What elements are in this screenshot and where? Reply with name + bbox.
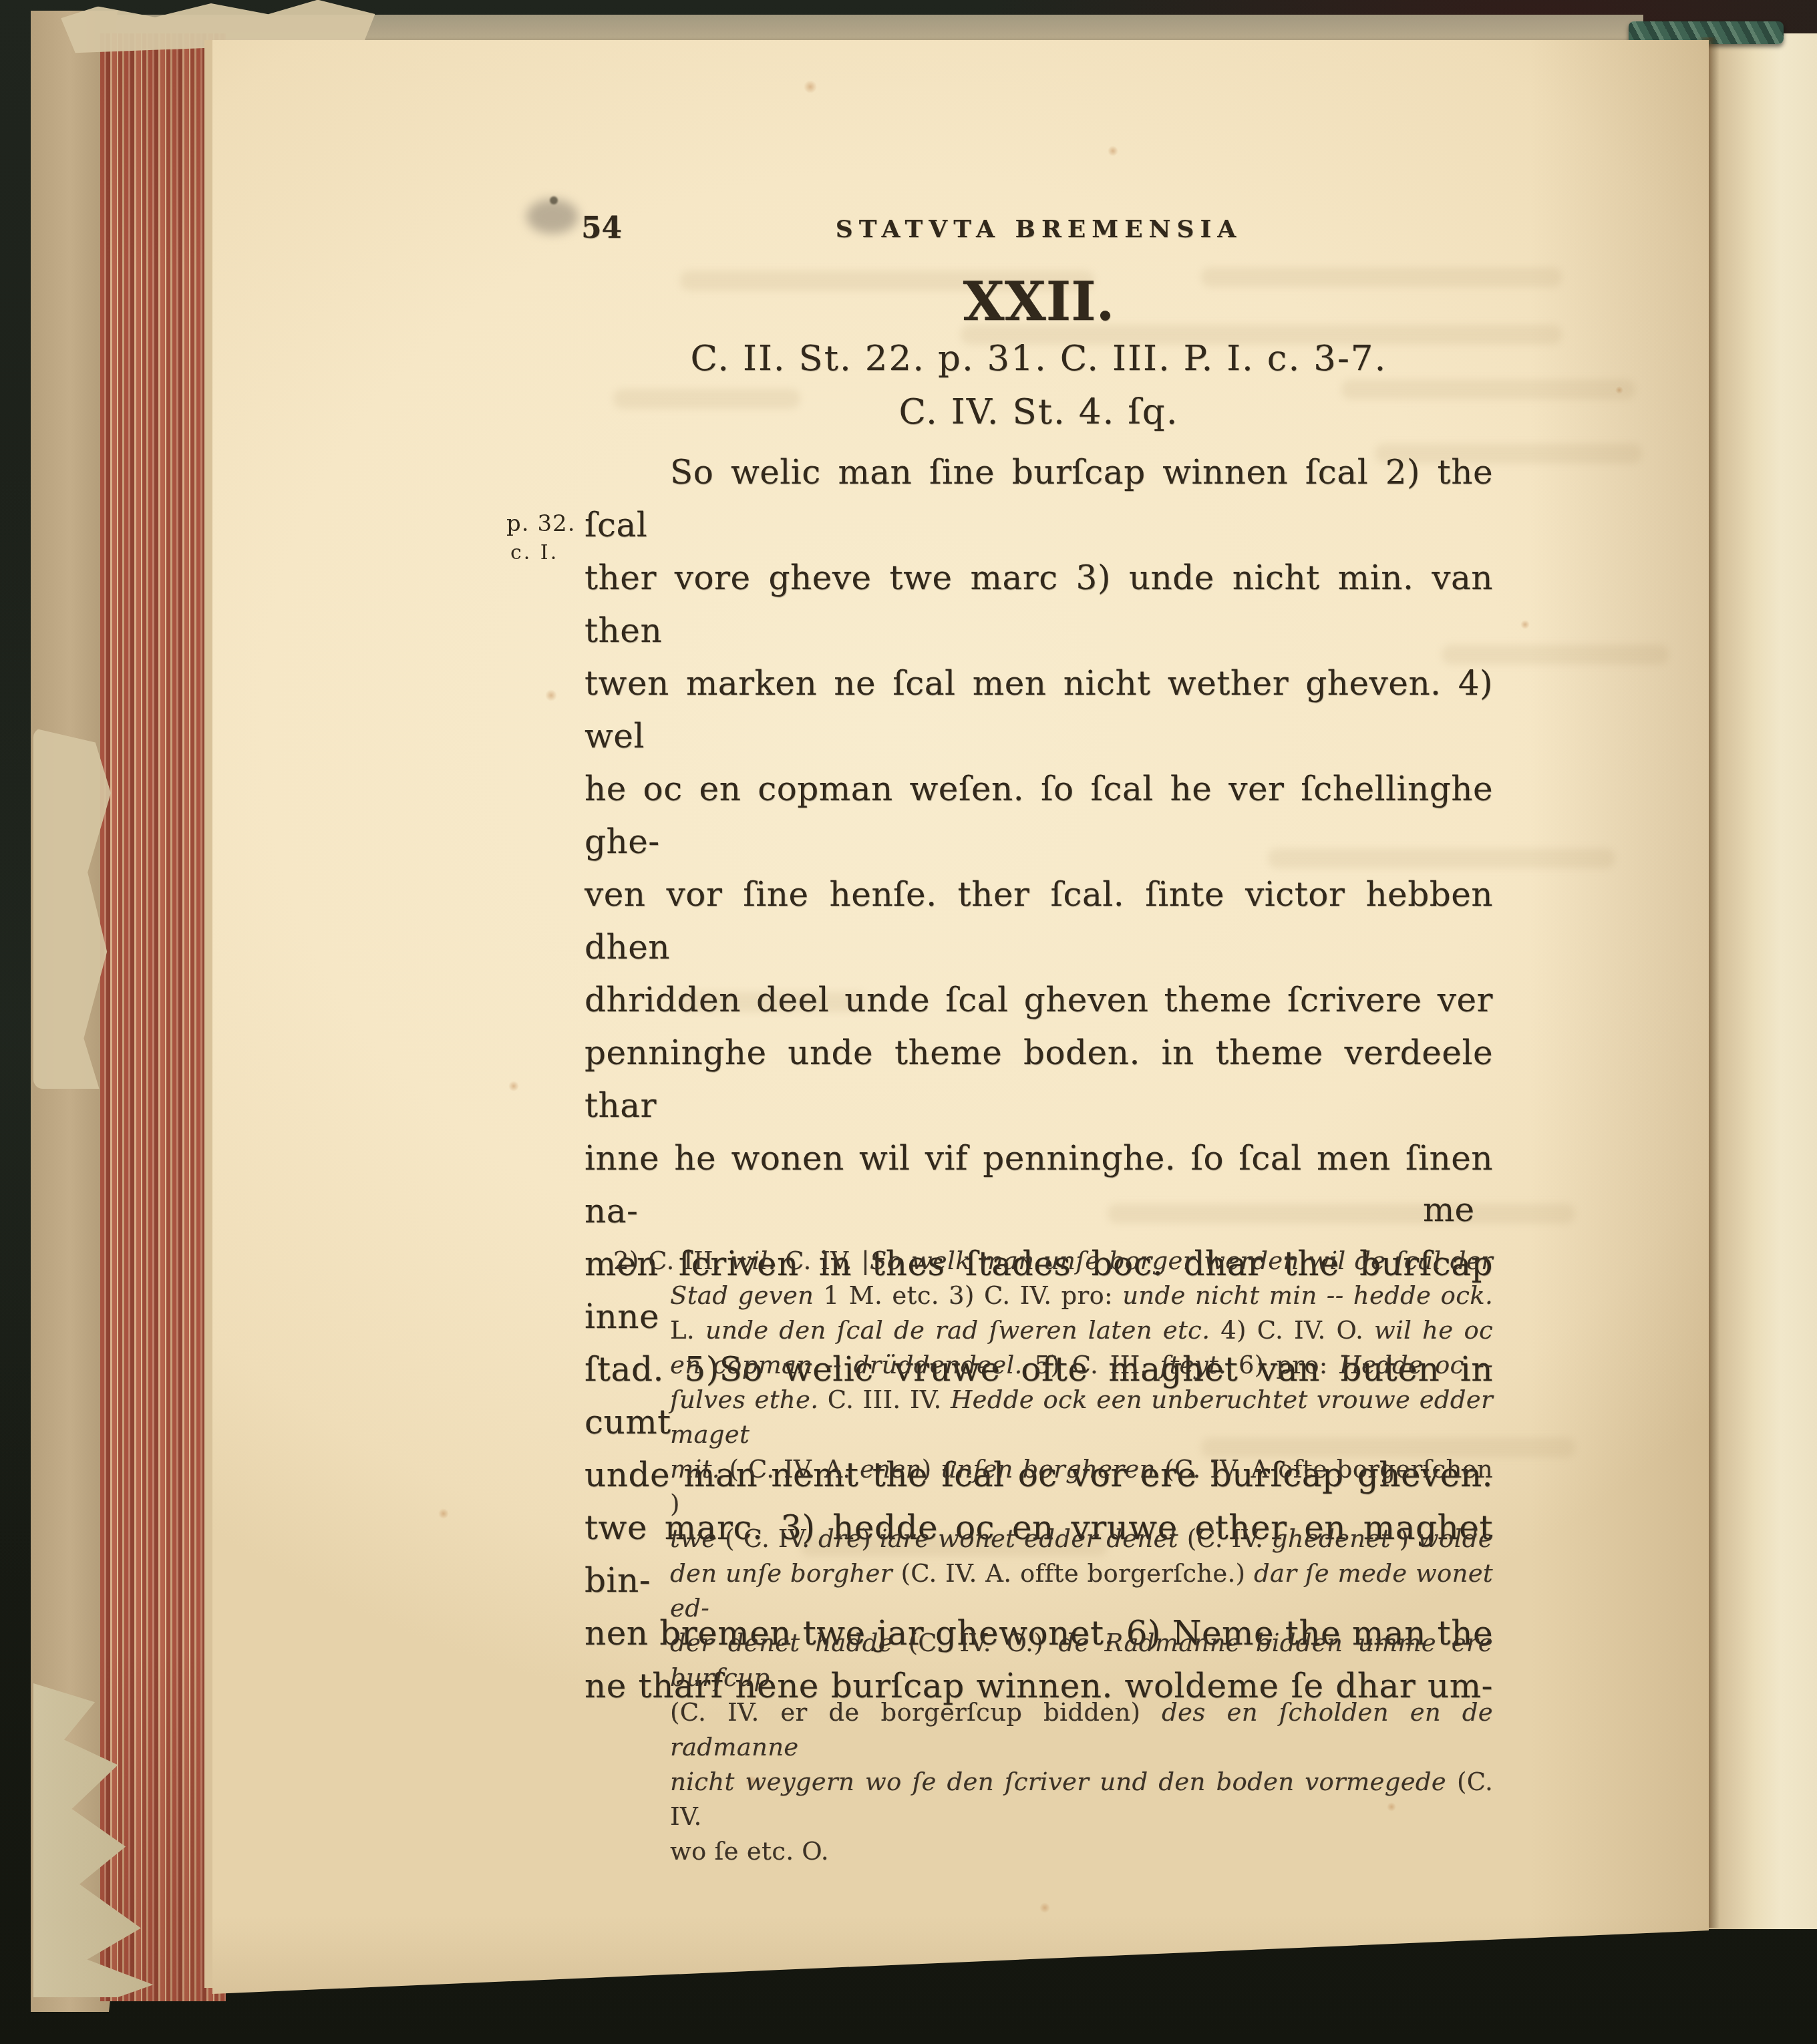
body-line: twe marc. 3) hedde oc en vruwe ether en … — [585, 1502, 1493, 1607]
footnote-variant-text: twe — [670, 1524, 716, 1553]
footnote-variant-text: des en ſcholden en de radmanne — [670, 1698, 1493, 1761]
footnote-variant-text: So welk man unſe borger werden wil de ſc… — [870, 1246, 1493, 1275]
footnote-line: den unſe borgher (C. IV. A. offte borger… — [670, 1556, 1493, 1626]
footnote-variant-text: unſen borgheren — [941, 1455, 1155, 1484]
footnote-apparatus-text: L. — [670, 1316, 705, 1345]
facing-page-sliver — [1707, 33, 1817, 1929]
show-through-ghost — [1341, 379, 1635, 399]
margin-note-chapter-ref: c. I. — [510, 541, 575, 564]
show-through-ghost — [1201, 267, 1562, 287]
footnote-variant-text: mit. — [670, 1455, 720, 1484]
footnote-apparatus-text: ) — [861, 1524, 880, 1553]
footnote-variant-text: Stad geven — [670, 1281, 814, 1310]
show-through-ghost — [1108, 1204, 1575, 1224]
footnote-variant-text: en copman -- drüddendeel. — [670, 1351, 1023, 1379]
foxing-spot — [746, 1775, 758, 1787]
body-line: ne tharf nene burſcap winnen. woldeme ſe… — [585, 1660, 1493, 1713]
margin-note: p. 32. c. I. — [506, 510, 575, 564]
footnote-variant-text: unde nicht min -- hedde ock. — [1122, 1281, 1493, 1310]
foxing-spot — [804, 80, 817, 94]
footnote-variant-text: wil he oc — [1374, 1316, 1493, 1345]
footnote-apparatus-text: ( C. IV. — [716, 1524, 818, 1553]
footnote-variant-text: wolde — [1418, 1524, 1493, 1553]
footnote-line: nicht weygern wo ſe den ſcriver und den … — [670, 1765, 1493, 1834]
chapter-heading: XXII. — [585, 270, 1493, 333]
show-through-ghost — [680, 271, 1094, 291]
footnotes: 2) C. III. wil. C. IV. |So welk man unſe… — [670, 1244, 1493, 1869]
footnote-apparatus-text: (C. IV. — [670, 1767, 1493, 1831]
footnote-apparatus-text: ) — [1391, 1524, 1418, 1553]
body-line: ther vore gheve twe marc 3) unde nicht m… — [585, 552, 1493, 657]
footnote-variant-text: den unſe borgher — [670, 1559, 892, 1588]
footnote-line: wo ſe etc. O. — [670, 1834, 1493, 1869]
footnote-variant-text: ſulves ethe. — [670, 1385, 818, 1414]
page-number: 54 — [581, 211, 622, 245]
footnote-apparatus-text: 1 M. etc. 3) C. IV. pro: — [814, 1281, 1122, 1310]
margin-note-page-ref: p. 32. — [506, 510, 575, 537]
body-line: unde man nemt the ſcal oc vor ere burſca… — [585, 1449, 1493, 1502]
foxing-spot — [545, 689, 557, 701]
footnote-variant-text: ghedenet — [1272, 1524, 1391, 1553]
footnote-apparatus-text: (C. IV. A ofte borgerſchen ) — [670, 1455, 1493, 1518]
body-line: So welic man ſine burſcap winnen ſcal 2)… — [585, 446, 1493, 552]
footnote-apparatus-text: ( C. IV. A. — [720, 1455, 860, 1484]
footnote-apparatus-text: 6) pro: — [1226, 1351, 1339, 1379]
foxing-spot — [438, 1508, 449, 1519]
footnote-line: en copman -- drüddendeel. 5) C. III. ſte… — [670, 1348, 1493, 1383]
footnote-variant-text: enen — [860, 1455, 922, 1484]
photo-background: 54 STATVTA BREMENSIA XXII. C. II. St. 22… — [0, 0, 1817, 2044]
footnote-apparatus-text: ) — [922, 1455, 941, 1484]
footnote-variant-text: nicht weygern wo ſe den ſcriver und den … — [670, 1767, 1446, 1796]
footnote-variant-text: wil. — [730, 1246, 776, 1275]
show-through-ghost — [961, 325, 1562, 345]
show-through-ghost — [613, 389, 800, 409]
footnote-apparatus-text: C. III. IV. — [818, 1385, 951, 1414]
body-line: nen bremen twe jar ghewonet. 6) Neme the… — [585, 1607, 1493, 1660]
reference-line-2: C. IV. St. 4. ſq. — [585, 391, 1493, 432]
body-line: he oc en copman weſen. ſo ſcal he ver ſc… — [585, 763, 1493, 868]
ink-smudge — [526, 199, 579, 234]
running-header: STATVTA BREMENSIA — [585, 215, 1493, 243]
footnote-variant-text: dre — [818, 1524, 861, 1553]
book-page: 54 STATVTA BREMENSIA XXII. C. II. St. 22… — [212, 40, 1709, 1994]
footnote-variant-text: iare wonet edder denet — [880, 1524, 1178, 1553]
body-text: So welic man ſine burſcap winnen ſcal 2)… — [585, 446, 1493, 1713]
footnote-variant-text: Hedde ock een unberuchtet vrouwe edder m… — [670, 1385, 1493, 1449]
footnote-line: L. unde den ſcal de rad ſweren laten etc… — [670, 1313, 1493, 1348]
foxing-spot — [1108, 146, 1118, 156]
footnote-apparatus-text: wo ſe etc. O. — [670, 1837, 829, 1866]
footnote-apparatus-text: (C. IV. er de borgerſcup bidden) — [670, 1698, 1162, 1727]
footnote-line: der denet hadde (C. IV. O.) de Radmanne … — [670, 1626, 1493, 1695]
footnote-variant-text: dar ſe mede wonet ed- — [670, 1559, 1493, 1623]
footnote-line: Stad geven 1 M. etc. 3) C. IV. pro: unde… — [670, 1279, 1493, 1313]
foxing-spot — [508, 1081, 519, 1091]
footnote-variant-text: der denet hadde — [670, 1629, 893, 1657]
footnote-apparatus-text: 4) C. IV. O. — [1210, 1316, 1374, 1345]
footnote-apparatus-text: 5) C. III. — [1023, 1351, 1160, 1379]
footnote-apparatus-text: 2) C. III. — [613, 1246, 730, 1275]
show-through-ghost — [1268, 848, 1615, 868]
body-line: dhridden deel unde ſcal gheven theme ſcr… — [585, 974, 1493, 1027]
show-through-ghost — [1375, 444, 1642, 464]
footnote-variant-text: Hedde oc -- — [1339, 1351, 1493, 1379]
body-line: inne he wonen wil vif penninghe. ſo ſcal… — [585, 1132, 1493, 1238]
show-through-ghost — [800, 1536, 1108, 1556]
footnote-line: twe ( C. IV. dre) iare wonet edder denet… — [670, 1522, 1493, 1556]
show-through-ghost — [1201, 1437, 1575, 1458]
footnote-variant-text: ſteyt. — [1160, 1351, 1226, 1379]
footnote-apparatus-text: (C. IV. O.) — [893, 1629, 1059, 1657]
reference-line-1: C. II. St. 22. p. 31. C. III. P. I. c. 3… — [585, 338, 1493, 379]
body-line: ven vor ſine henſe. ther ſcal. ſinte vic… — [585, 868, 1493, 974]
show-through-ghost — [1442, 645, 1669, 665]
foxing-spot — [1387, 1802, 1396, 1812]
body-line: men ſcriven in thes ſtades boc. dhar the… — [585, 1238, 1493, 1343]
footnote-apparatus-text: C. IV. | — [776, 1246, 870, 1275]
body-line: twen marken ne ſcal men nicht wether ghe… — [585, 657, 1493, 763]
footnote-line: (C. IV. er de borgerſcup bidden) des en … — [670, 1695, 1493, 1765]
footnote-line: 2) C. III. wil. C. IV. |So welk man unſe… — [613, 1244, 1493, 1279]
foxing-spot — [1039, 1902, 1050, 1913]
footnote-variant-text: de Radmanne bidden umme ere burſcup — [670, 1629, 1493, 1692]
footnote-apparatus-text: (C. IV. A. offte borgerſche.) — [892, 1559, 1254, 1588]
footnote-variant-text: unde den ſcal de rad ſweren laten etc. — [705, 1316, 1210, 1345]
footnote-apparatus-text: (C. IV. — [1178, 1524, 1272, 1553]
body-line: penninghe unde theme boden. in theme ver… — [585, 1027, 1493, 1132]
catchword: me — [585, 1190, 1474, 1229]
body-line: ſtad. 5)So welic vruwe ofte maghet van b… — [585, 1343, 1493, 1449]
foxing-spot — [1520, 620, 1530, 629]
foxing-spot — [1615, 386, 1623, 394]
footnote-line: mit. ( C. IV. A. enen) unſen borgheren (… — [670, 1452, 1493, 1522]
footnote-line: ſulves ethe. C. III. IV. Hedde ock een u… — [670, 1383, 1493, 1452]
ink-speck — [550, 196, 558, 204]
show-through-ghost — [680, 992, 867, 1012]
